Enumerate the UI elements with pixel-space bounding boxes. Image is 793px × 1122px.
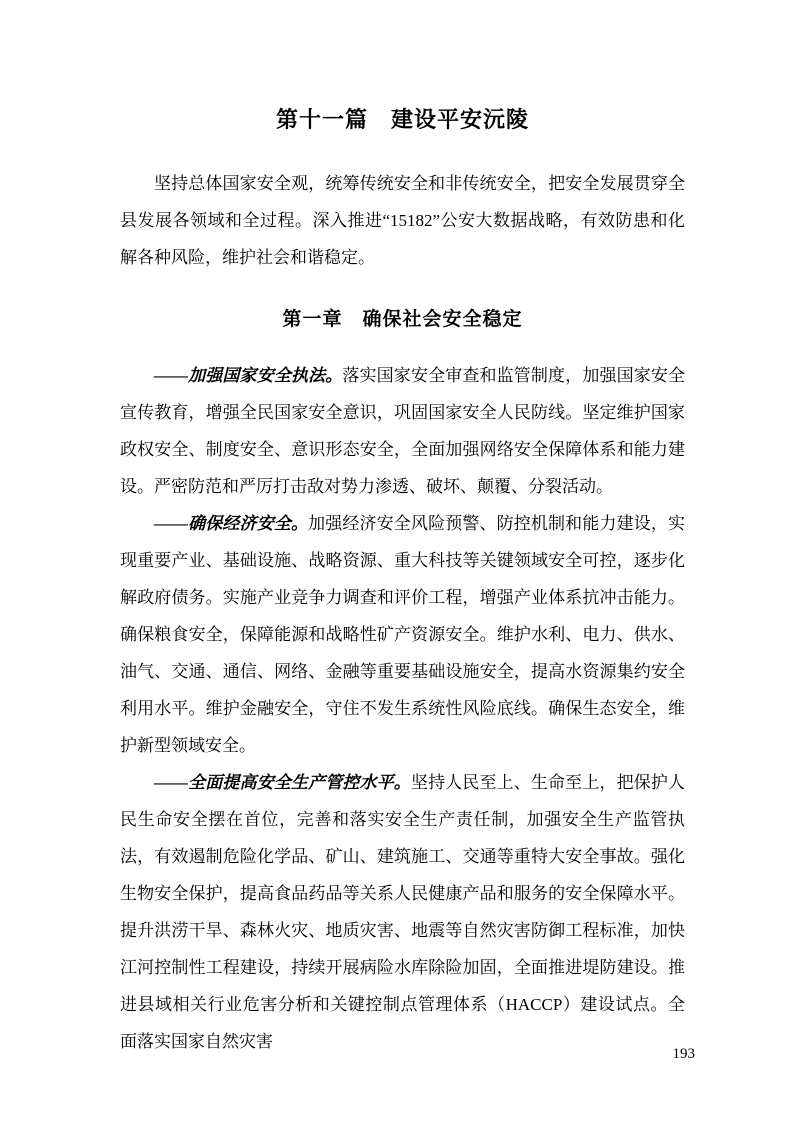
- section-text-economic-security: 加强经济安全风险预警、防控机制和能力建设，实现重要产业、基础设施、战略资源、重大…: [120, 514, 685, 755]
- intro-paragraph: 坚持总体国家安全观，统筹传统安全和非传统安全，把安全发展贯穿全县发展各领域和全过…: [120, 165, 685, 276]
- section-paragraph-economic-security: ——确保经济安全。加强经济安全风险预警、防控机制和能力建设，实现重要产业、基础设…: [120, 505, 685, 764]
- section-text-national-security: 落实国家安全审查和监管制度，加强国家安全宣传教育，增强全民国家安全意识，巩固国家…: [120, 366, 685, 496]
- text-column: 第十一篇 建设平安沅陵 坚持总体国家安全观，统筹传统安全和非传统安全，把安全发展…: [120, 0, 685, 1060]
- section-text-production-safety: 坚持人民至上、生命至上，把保护人民生命安全摆在首位，完善和落实安全生产责任制，加…: [120, 773, 685, 1051]
- section-lead-production-safety: ——全面提高安全生产管控水平。: [154, 773, 411, 792]
- section-paragraph-production-safety: ——全面提高安全生产管控水平。坚持人民至上、生命至上，把保护人民生命安全摆在首位…: [120, 764, 685, 1060]
- page-number: 193: [673, 1043, 696, 1065]
- section-paragraph-national-security: ——加强国家安全执法。落实国家安全审查和监管制度，加强国家安全宣传教育，增强全民…: [120, 357, 685, 505]
- section-lead-national-security: ——加强国家安全执法。: [154, 366, 342, 385]
- part-title: 第十一篇 建设平安沅陵: [120, 0, 685, 139]
- chapter-heading: 第一章 确保社会安全稳定: [120, 301, 685, 338]
- section-lead-economic-security: ——确保经济安全。: [154, 514, 308, 533]
- document-page: 第十一篇 建设平安沅陵 坚持总体国家安全观，统筹传统安全和非传统安全，把安全发展…: [0, 0, 793, 1122]
